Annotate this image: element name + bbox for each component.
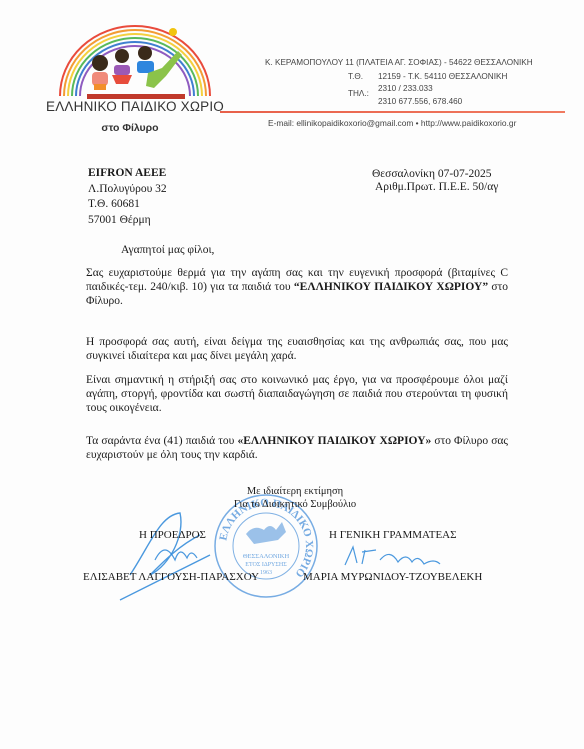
place-date: Θεσσαλονίκη 07-07-2025 <box>372 168 498 181</box>
name-secretary: ΜΑΡΙΑ ΜΥΡΩΝΙΔΟΥ-ΤΖΟΥΒΕΛΕΚΗ <box>303 571 482 583</box>
paragraph-thanks: Σας ευχαριστούμε θερμά για την αγάπη σας… <box>86 266 508 308</box>
date-block: Θεσσαλονίκη 07-07-2025 Αριθμ.Πρωτ. Π.Ε.Ε… <box>372 168 498 194</box>
closing-board: Για το Διοικητικό Συμβούλιο <box>210 498 380 511</box>
role-secretary: Η ΓΕΝΙΚΗ ΓΡΑΜΜΑΤΕΑΣ <box>329 529 457 541</box>
phone-label: ΤΗΛ.: <box>348 89 369 98</box>
signature-secretary-icon <box>340 540 460 570</box>
closing-regards: Με ιδιαίτερη εκτίμηση <box>210 485 380 498</box>
recipient-city: 57001 Θέρμη <box>88 213 167 229</box>
org-name: ΕΛΛΗΝΙΚΟ ΠΑΙΔΙΚΟ ΧΩΡΙΟ <box>30 99 240 114</box>
recipient-block: EIFRON AEEE Λ.Πολυγύρου 32 Τ.Θ. 60681 57… <box>88 166 167 228</box>
phone-2: 2310 677.556, 678.460 <box>378 97 462 106</box>
paragraph-children: Τα σαράντα ένα (41) παιδιά του «ΕΛΛΗΝΙΚΟ… <box>86 434 508 462</box>
greeting: Αγαπητοί μας φίλοι, <box>121 244 214 256</box>
p1-org: “ΕΛΛΗΝΙΚΟΥ ΠΑΙΔΙΚΟΥ ΧΩΡΙΟΥ” <box>294 281 488 293</box>
name-president: ΕΛΙΣΑΒΕΤ ΛΑΓΓΟΥΣΗ-ΠΑΡΑΣΧΟΥ <box>83 571 259 583</box>
org-location: στο Φίλυρο <box>30 122 230 134</box>
p4-org: «ΕΛΛΗΝΙΚΟΥ ΠΑΙΔΙΚΟΥ ΧΩΡΙΟΥ» <box>237 435 431 447</box>
header-divider <box>220 111 565 113</box>
po-label: Τ.Θ. <box>348 72 363 81</box>
signature-president-icon <box>110 505 230 605</box>
paragraph-sensitivity: Η προσφορά σας αυτή, είναι δείγμα της ευ… <box>86 335 508 363</box>
po-value: 12159 - Τ.Κ. 54110 ΘΕΣΣΑΛΟΝΙΚΗ <box>378 72 507 81</box>
phone-1: 2310 / 233.033 <box>378 84 433 93</box>
recipient-street: Λ.Πολυγύρου 32 <box>88 182 167 198</box>
role-president: Η ΠΡΟΕΔΡΟΣ <box>139 529 206 541</box>
protocol-number: Αριθμ.Πρωτ. Π.Ε.Ε. 50/αγ <box>372 181 498 194</box>
contact-line: E-mail: ellinikopaidikoxorio@gmail.com •… <box>268 118 516 128</box>
svg-text:1963: 1963 <box>260 570 272 576</box>
closing-block: Με ιδιαίτερη εκτίμηση Για το Διοικητικό … <box>210 485 380 511</box>
svg-text:ΕΤΟΣ ΙΔΡΥΣΗΣ: ΕΤΟΣ ΙΔΡΥΣΗΣ <box>245 562 287 568</box>
paragraph-support: Είναι σημαντική η στήριξή σας στο κοινων… <box>86 373 508 415</box>
p4-text: Τα σαράντα ένα (41) παιδιά του <box>86 435 237 447</box>
address: Κ. ΚΕΡΑΜΟΠΟΥΛΟΥ 11 (ΠΛΑΤΕΙΑ ΑΓ. ΣΟΦΙΑΣ) … <box>265 58 533 67</box>
recipient-name: EIFRON AEEE <box>88 166 167 182</box>
recipient-po-box: Τ.Θ. 60681 <box>88 197 167 213</box>
svg-text:ΘΕΣΣΑΛΟΝΙΚΗ: ΘΕΣΣΑΛΟΝΙΚΗ <box>243 553 290 560</box>
